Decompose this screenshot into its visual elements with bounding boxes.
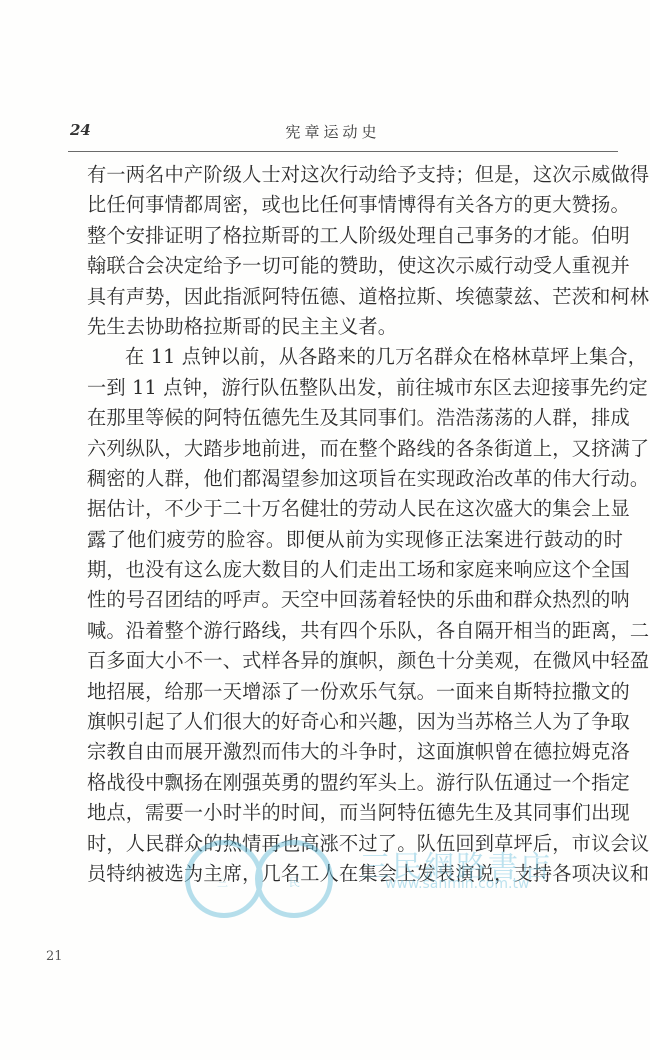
text-line: 一到 11 点钟，游行队伍整队出发，前往城市东区去迎接事先约定	[87, 373, 623, 403]
text-line: 六列纵队，大踏步地前进，而在整个路线的各条街道上，又挤满了	[87, 434, 623, 464]
text-line: 具有声势，因此指派阿特伍德、道格拉斯、埃德蒙兹、芒茨和柯林斯	[87, 282, 623, 312]
text-line: 先生去协助格拉斯哥的民主主义者。	[87, 312, 623, 342]
text-line: 性的号召团结的呼声。天空中回荡着轻快的乐曲和群众热烈的呐	[87, 585, 623, 615]
text-line: 百多面大小不一、式样各异的旗帜，颜色十分美观，在微风中轻盈	[87, 646, 623, 676]
text-line: 地点，需要一小时半的时间，而当阿特伍德先生及其同事们出现	[87, 798, 623, 828]
text-line: 喊。沿着整个游行路线，共有四个乐队，各自隔开相当的距离，二	[87, 616, 623, 646]
text-line: 比任何事情都周密，或也比任何事情博得有关各方的更大赞扬。	[87, 190, 623, 220]
paragraph-start-line: 在 11 点钟以前，从各路来的几万名群众在格林草坪上集合，	[87, 342, 623, 372]
text-line: 地招展，给那一天增添了一份欢乐气氛。一面来自斯特拉撒文的	[87, 677, 623, 707]
text-line: 在那里等候的阿特伍德先生及其同事们。浩浩荡荡的人群，排成	[87, 403, 623, 433]
book-page: 24 宪章运动史 有一两名中产阶级人士对这次行动给予支持；但是，这次示威做得 比…	[0, 0, 650, 1060]
text-line: 宗教自由而展开激烈而伟大的斗争时，这面旗帜曾在德拉姆克洛	[87, 737, 623, 767]
body-text: 有一两名中产阶级人士对这次行动给予支持；但是，这次示威做得 比任何事情都周密，或…	[87, 160, 623, 889]
text-line: 有一两名中产阶级人士对这次行动给予支持；但是，这次示威做得	[87, 160, 623, 190]
text-line: 时，人民群众的热情再也高涨不过了。队伍回到草坪后，市议会议	[87, 829, 623, 859]
header-rule	[68, 151, 618, 152]
margin-note-number: 21	[46, 949, 63, 964]
text-line: 期，也没有这么庞大数目的人们走出工场和家庭来响应这个全国	[87, 555, 623, 585]
text-line: 露了他们疲劳的脸容。即便从前为实现修正法案进行鼓动的时	[87, 525, 623, 555]
running-title: 宪章运动史	[0, 121, 650, 142]
text-line: 稠密的人群，他们都渴望参加这项旨在实现政治改革的伟大行动。	[87, 464, 623, 494]
text-line: 格战役中飘扬在刚强英勇的盟约军头上。游行队伍通过一个指定	[87, 768, 623, 798]
text-line: 整个安排证明了格拉斯哥的工人阶级处理自己事务的才能。伯明	[87, 221, 623, 251]
text-line: 翰联合会决定给予一切可能的赞助，使这次示威行动受人重视并	[87, 251, 623, 281]
text-line: 员特纳被选为主席，几名工人在集会上发表演说，支持各项决议和	[87, 859, 623, 889]
text-line: 旗帜引起了人们很大的好奇心和兴趣，因为当苏格兰人为了争取	[87, 707, 623, 737]
text-line: 据估计，不少于二十万名健壮的劳动人民在这次盛大的集会上显	[87, 494, 623, 524]
